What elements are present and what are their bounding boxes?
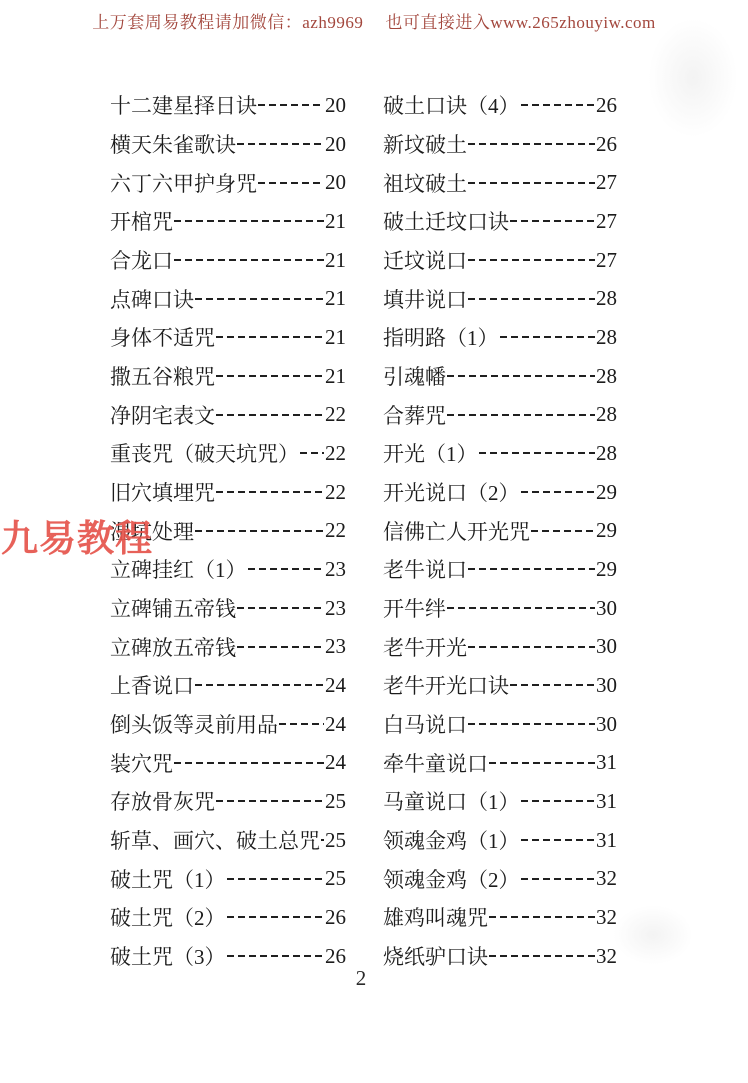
toc-dash-leader — [195, 530, 324, 532]
toc-entry-page-number: 22 — [325, 518, 346, 543]
toc-entry: 破土迁坟口诀 27 — [383, 202, 617, 241]
toc-entry: 立碑铺五帝钱 23 — [110, 589, 346, 628]
promo-site-text: 也可直接进入www.265zhouyiw.com — [385, 13, 655, 32]
toc-entry-page-number: 24 — [325, 712, 346, 737]
toc-entry-page-number: 30 — [596, 596, 617, 621]
toc-dash-leader — [447, 414, 595, 416]
toc-entry-page-number: 28 — [596, 402, 617, 427]
toc-entry-title: 破土咒（2） — [110, 902, 226, 932]
toc-entry: 十二建星择日诀 20 — [110, 86, 346, 125]
toc-entry-title: 点碑口诀 — [110, 284, 194, 314]
toc-dash-leader — [195, 298, 324, 300]
toc-entry-page-number: 20 — [325, 170, 346, 195]
toc-entry: 六丁六甲护身咒 20 — [110, 163, 346, 202]
toc-dash-leader — [216, 375, 324, 377]
toc-entry-page-number: 31 — [596, 789, 617, 814]
toc-entry-title: 破土咒（1） — [110, 864, 226, 894]
toc-entry-page-number: 21 — [325, 325, 346, 350]
toc-entry-page-number: 20 — [325, 93, 346, 118]
toc-entry-title: 开光（1） — [383, 438, 478, 468]
toc-entry: 存放骨灰咒 25 — [110, 782, 346, 821]
toc-dash-leader — [531, 530, 595, 532]
toc-entry-page-number: 29 — [596, 480, 617, 505]
toc-entry: 斩草、画穴、破土总咒 25 — [110, 821, 346, 860]
toc-entry: 开光（1） 28 — [383, 434, 617, 473]
toc-entry-page-number: 22 — [325, 441, 346, 466]
toc-entry-page-number: 24 — [325, 673, 346, 698]
toc-entry-title: 净阴宅表文 — [110, 400, 215, 430]
toc-entry: 填井说口 28 — [383, 279, 617, 318]
toc-dash-leader — [174, 220, 324, 222]
toc-entry: 合龙口 21 — [110, 241, 346, 280]
toc-entry: 净阴宅表文 22 — [110, 395, 346, 434]
toc-entry: 点碑口诀 21 — [110, 279, 346, 318]
toc-entry-page-number: 26 — [325, 905, 346, 930]
toc-entry: 倒头饭等灵前用品 24 — [110, 705, 346, 744]
toc-entry-title: 新坟破土 — [383, 129, 467, 159]
toc-entry-page-number: 32 — [596, 866, 617, 891]
toc-entry-page-number: 23 — [325, 634, 346, 659]
toc-entry-page-number: 20 — [325, 132, 346, 157]
toc-entry-title: 重丧咒（破天坑咒） — [110, 438, 299, 468]
toc-entry: 横天朱雀歌诀 20 — [110, 125, 346, 164]
toc-dash-leader — [216, 336, 324, 338]
toc-dash-leader — [479, 452, 596, 454]
toc-entry: 老牛说口 29 — [383, 550, 617, 589]
toc-entry-page-number: 28 — [596, 441, 617, 466]
toc-entry-title: 横天朱雀歌诀 — [110, 129, 236, 159]
toc-entry-title: 身体不适咒 — [110, 322, 215, 352]
toc-entry-title: 迁坟说口 — [383, 245, 467, 275]
toc-dash-leader — [521, 104, 596, 106]
toc-entry: 雄鸡叫魂咒 32 — [383, 898, 617, 937]
scan-artifact — [648, 18, 738, 138]
toc-entry-page-number: 32 — [596, 905, 617, 930]
toc-entry: 开牛绊 30 — [383, 589, 617, 628]
toc-entry: 信佛亡人开光咒 29 — [383, 511, 617, 550]
toc-entry-page-number: 28 — [596, 364, 617, 389]
toc-dash-leader — [489, 762, 595, 764]
toc-entry-title: 牵牛童说口 — [383, 748, 488, 778]
toc-entry-page-number: 30 — [596, 634, 617, 659]
toc-dash-leader — [216, 800, 324, 802]
toc-dash-leader — [216, 414, 324, 416]
toc-entry-title: 开光说口（2） — [383, 477, 520, 507]
toc-entry-title: 十二建星择日诀 — [110, 90, 257, 120]
toc-entry-title: 马童说口（1） — [383, 786, 520, 816]
toc-entry: 牵牛童说口 31 — [383, 743, 617, 782]
toc-entry: 开棺咒 21 — [110, 202, 346, 241]
toc-dash-leader — [227, 916, 325, 918]
scanned-document-page: 上万套周易教程请加微信：azh9969也可直接进入www.265zhouyiw.… — [0, 0, 748, 1083]
toc-entry-page-number: 22 — [325, 480, 346, 505]
toc-dash-leader — [279, 723, 324, 725]
toc-dash-leader — [216, 491, 324, 493]
toc-dash-leader — [321, 839, 324, 841]
toc-entry-page-number: 29 — [596, 518, 617, 543]
toc-dash-leader — [237, 143, 324, 145]
toc-entry-title: 白马说口 — [383, 709, 467, 739]
toc-entry-title: 合葬咒 — [383, 400, 446, 430]
toc-entry-title: 装穴咒 — [110, 748, 173, 778]
toc-entry-page-number: 21 — [325, 364, 346, 389]
toc-dash-leader — [447, 375, 595, 377]
toc-entry-title: 破土口诀（4） — [383, 90, 520, 120]
toc-entry-title: 祖坟破土 — [383, 168, 467, 198]
toc-dash-leader — [237, 646, 324, 648]
toc-dash-leader — [521, 878, 596, 880]
toc-entry-page-number: 25 — [325, 789, 346, 814]
toc-dash-leader — [489, 916, 595, 918]
toc-dash-leader — [258, 182, 324, 184]
toc-entry: 祖坟破土 27 — [383, 163, 617, 202]
toc-entry-page-number: 25 — [325, 866, 346, 891]
toc-entry: 装穴咒 24 — [110, 743, 346, 782]
toc-entry: 领魂金鸡（1） 31 — [383, 821, 617, 860]
toc-entry-title: 倒头饭等灵前用品 — [110, 709, 278, 739]
toc-entry: 立碑放五帝钱 23 — [110, 627, 346, 666]
toc-dash-leader — [174, 259, 324, 261]
toc-entry-title: 立碑铺五帝钱 — [110, 593, 236, 623]
toc-entry: 老牛开光口诀 30 — [383, 666, 617, 705]
toc-entry-page-number: 25 — [325, 828, 346, 853]
toc-dash-leader — [489, 955, 595, 957]
toc-dash-leader — [195, 684, 324, 686]
toc-entry: 老牛开光 30 — [383, 627, 617, 666]
toc-entry-title: 领魂金鸡（1） — [383, 825, 520, 855]
toc-entry-title: 开牛绊 — [383, 593, 446, 623]
toc-entry-page-number: 21 — [325, 209, 346, 234]
toc-entry-page-number: 21 — [325, 286, 346, 311]
promo-header: 上万套周易教程请加微信：azh9969也可直接进入www.265zhouyiw.… — [0, 8, 748, 33]
toc-entry-page-number: 27 — [596, 170, 617, 195]
toc-entry-page-number: 29 — [596, 557, 617, 582]
toc-entry-page-number: 27 — [596, 248, 617, 273]
toc-entry: 破土咒（2） 26 — [110, 898, 346, 937]
toc-entry-title: 指明路（1） — [383, 322, 499, 352]
red-brand-watermark: 九易教程 — [1, 508, 153, 562]
toc-entry-title: 破土迁坟口诀 — [383, 206, 509, 236]
toc-entry-title: 存放骨灰咒 — [110, 786, 215, 816]
page-number: 2 — [0, 966, 722, 991]
toc-entry-page-number: 31 — [596, 828, 617, 853]
toc-entry-page-number: 26 — [325, 944, 346, 969]
toc-dash-leader — [468, 723, 595, 725]
toc-dash-leader — [468, 259, 595, 261]
toc-dash-leader — [468, 646, 595, 648]
toc-entry-title: 老牛开光口诀 — [383, 670, 509, 700]
toc-entry-page-number: 26 — [596, 93, 617, 118]
toc-entry-title: 斩草、画穴、破土总咒 — [110, 825, 320, 855]
toc-entry: 开光说口（2） 29 — [383, 473, 617, 512]
toc-right-column: 破土口诀（4） 26 新坟破土 26 祖坟破土 27 破土迁坟口 — [383, 86, 617, 975]
toc-dash-leader — [227, 955, 325, 957]
toc-entry: 身体不适咒 21 — [110, 318, 346, 357]
toc-entry-title: 引魂幡 — [383, 361, 446, 391]
toc-entry: 白马说口 30 — [383, 705, 617, 744]
toc-entry-page-number: 21 — [325, 248, 346, 273]
toc-entry-page-number: 32 — [596, 944, 617, 969]
scan-artifact — [613, 905, 693, 965]
toc-dash-leader — [521, 800, 596, 802]
toc-entry: 马童说口（1） 31 — [383, 782, 617, 821]
toc-entry-title: 上香说口 — [110, 670, 194, 700]
toc-dash-leader — [248, 568, 325, 570]
toc-dash-leader — [447, 607, 595, 609]
toc-dash-leader — [237, 607, 324, 609]
toc-dash-leader — [521, 839, 596, 841]
toc-entry: 旧穴填埋咒 22 — [110, 473, 346, 512]
toc-entry-title: 开棺咒 — [110, 206, 173, 236]
toc-entry-title: 领魂金鸡（2） — [383, 864, 520, 894]
toc-entry: 上香说口 24 — [110, 666, 346, 705]
toc-entry-title: 雄鸡叫魂咒 — [383, 902, 488, 932]
toc-entry: 合葬咒 28 — [383, 395, 617, 434]
toc-entry-page-number: 30 — [596, 673, 617, 698]
toc-entry-page-number: 31 — [596, 750, 617, 775]
toc-dash-leader — [258, 104, 324, 106]
toc-dash-leader — [500, 336, 596, 338]
toc-entry: 重丧咒（破天坑咒） 22 — [110, 434, 346, 473]
toc-entry-page-number: 24 — [325, 750, 346, 775]
toc-entry-title: 立碑放五帝钱 — [110, 632, 236, 662]
toc-dash-leader — [468, 298, 595, 300]
toc-entry: 破土咒（1） 25 — [110, 859, 346, 898]
toc-entry-title: 老牛说口 — [383, 554, 467, 584]
toc-entry-title: 老牛开光 — [383, 632, 467, 662]
toc-dash-leader — [521, 491, 596, 493]
toc-entry-title: 旧穴填埋咒 — [110, 477, 215, 507]
toc-entry-page-number: 28 — [596, 325, 617, 350]
toc-entry-title: 六丁六甲护身咒 — [110, 168, 257, 198]
toc-entry-page-number: 23 — [325, 557, 346, 582]
toc-entry-page-number: 22 — [325, 402, 346, 427]
toc-entry-page-number: 23 — [325, 596, 346, 621]
toc-entry: 新坟破土 26 — [383, 125, 617, 164]
toc-dash-leader — [174, 762, 324, 764]
toc-dash-leader — [300, 452, 324, 454]
toc-entry-page-number: 26 — [596, 132, 617, 157]
toc-entry-title: 合龙口 — [110, 245, 173, 275]
toc-entry-page-number: 30 — [596, 712, 617, 737]
toc-dash-leader — [510, 220, 595, 222]
toc-dash-leader — [468, 143, 595, 145]
toc-dash-leader — [227, 878, 325, 880]
toc-entry-page-number: 27 — [596, 209, 617, 234]
toc-entry-title: 信佛亡人开光咒 — [383, 516, 530, 546]
toc-entry-title: 撒五谷粮咒 — [110, 361, 215, 391]
promo-wechat-text: 上万套周易教程请加微信：azh9969 — [92, 13, 363, 32]
toc-entry: 领魂金鸡（2） 32 — [383, 859, 617, 898]
table-of-contents: 十二建星择日诀 20 横天朱雀歌诀 20 六丁六甲护身咒 20 — [110, 86, 617, 975]
toc-entry-title: 填井说口 — [383, 284, 467, 314]
toc-entry: 破土口诀（4） 26 — [383, 86, 617, 125]
toc-entry: 引魂幡 28 — [383, 357, 617, 396]
toc-entry: 撒五谷粮咒 21 — [110, 357, 346, 396]
toc-dash-leader — [510, 684, 595, 686]
toc-entry: 指明路（1） 28 — [383, 318, 617, 357]
toc-entry-page-number: 28 — [596, 286, 617, 311]
toc-entry: 迁坟说口 27 — [383, 241, 617, 280]
toc-dash-leader — [468, 568, 595, 570]
toc-dash-leader — [468, 182, 595, 184]
